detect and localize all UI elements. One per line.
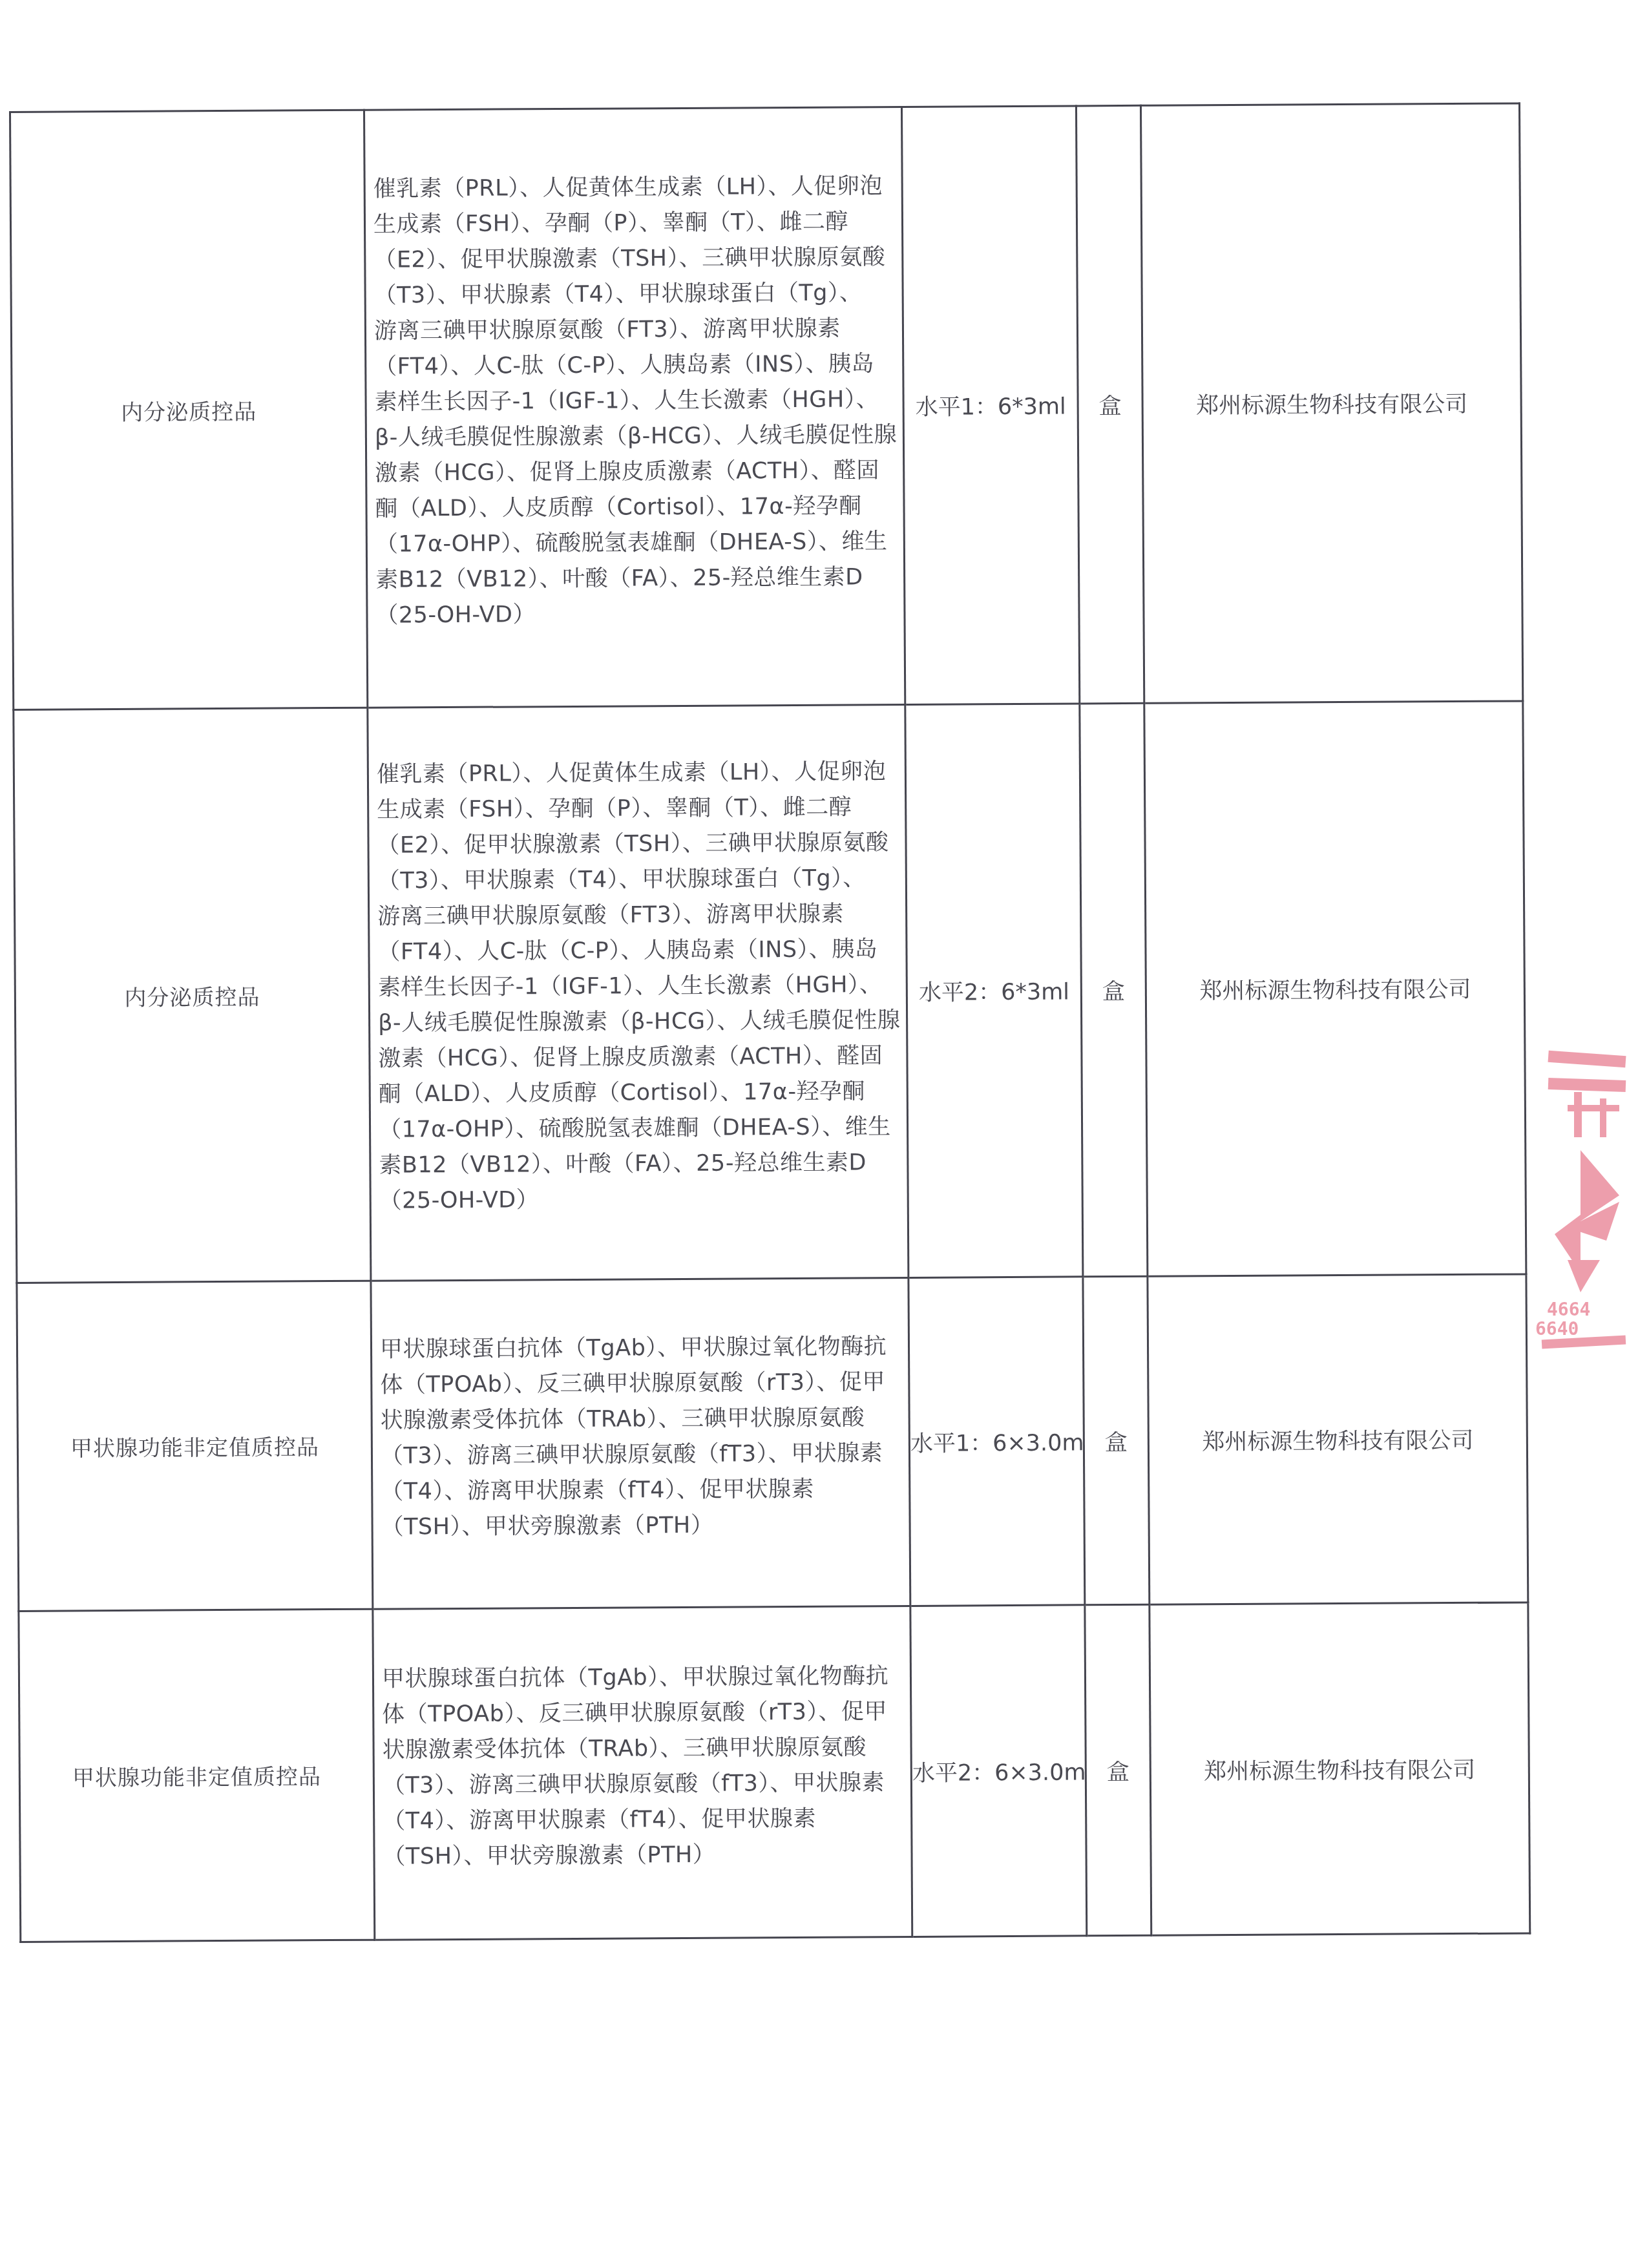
table-row: 内分泌质控品 催乳素（PRL）、人促黄体生成素（LH）、人促卵泡生成素（FSH）…	[14, 701, 1526, 1283]
test-items-cell: 催乳素（PRL）、人促黄体生成素（LH）、人促卵泡生成素（FSH）、孕酮（P）、…	[364, 107, 905, 708]
test-items-cell: 甲状腺球蛋白抗体（TgAb）、甲状腺过氧化物酶抗体（TPOAb）、反三碘甲状腺原…	[371, 1277, 910, 1609]
manufacturer-cell: 郑州标源生物科技有限公司	[1144, 701, 1526, 1276]
specification-cell: 水平1：6*3ml	[901, 106, 1079, 705]
test-items-cell: 催乳素（PRL）、人促黄体生成素（LH）、人促卵泡生成素（FSH）、孕酮（P）、…	[368, 704, 909, 1281]
unit-cell: 盒	[1085, 1604, 1151, 1936]
manufacturer-cell: 郑州标源生物科技有限公司	[1150, 1602, 1530, 1935]
unit-cell: 盒	[1076, 105, 1144, 704]
test-items-cell: 甲状腺球蛋白抗体（TgAb）、甲状腺过氧化物酶抗体（TPOAb）、反三碘甲状腺原…	[373, 1606, 912, 1940]
manufacturer-cell: 郑州标源生物科技有限公司	[1148, 1274, 1528, 1604]
manufacturer-cell: 郑州标源生物科技有限公司	[1140, 103, 1522, 703]
table-row: 内分泌质控品 催乳素（PRL）、人促黄体生成素（LH）、人促卵泡生成素（FSH）…	[10, 103, 1522, 709]
test-items-text: 催乳素（PRL）、人促黄体生成素（LH）、人促卵泡生成素（FSH）、孕酮（P）、…	[377, 728, 903, 1258]
product-name-cell: 甲状腺功能非定值质控品	[17, 1281, 373, 1611]
specification-cell: 水平2：6×3.0ml	[910, 1605, 1087, 1937]
unit-cell: 盒	[1080, 703, 1148, 1277]
scanned-page: 内分泌质控品 催乳素（PRL）、人促黄体生成素（LH）、人促卵泡生成素（FSH）…	[0, 0, 1649, 2268]
unit-cell: 盒	[1083, 1276, 1150, 1605]
test-items-text: 甲状腺球蛋白抗体（TgAb）、甲状腺过氧化物酶抗体（TPOAb）、反三碘甲状腺原…	[382, 1632, 906, 1913]
table-row: 甲状腺功能非定值质控品 甲状腺球蛋白抗体（TgAb）、甲状腺过氧化物酶抗体（TP…	[17, 1274, 1528, 1611]
specification-cell: 水平2：6*3ml	[905, 704, 1083, 1278]
test-items-text: 催乳素（PRL）、人促黄体生成素（LH）、人促卵泡生成素（FSH）、孕酮（P）、…	[373, 143, 899, 673]
specification-cell: 水平1：6×3.0ml	[909, 1277, 1085, 1606]
product-table: 内分泌质控品 催乳素（PRL）、人促黄体生成素（LH）、人促卵泡生成素（FSH）…	[9, 102, 1531, 1942]
product-name-cell: 内分泌质控品	[10, 110, 367, 709]
table-row: 甲状腺功能非定值质控品 甲状腺球蛋白抗体（TgAb）、甲状腺过氧化物酶抗体（TP…	[19, 1602, 1530, 1942]
product-name-cell: 甲状腺功能非定值质控品	[19, 1609, 375, 1942]
test-items-text: 甲状腺球蛋白抗体（TgAb）、甲状腺过氧化物酶抗体（TPOAb）、反三碘甲状腺原…	[380, 1303, 904, 1584]
product-name-cell: 内分泌质控品	[14, 708, 371, 1283]
